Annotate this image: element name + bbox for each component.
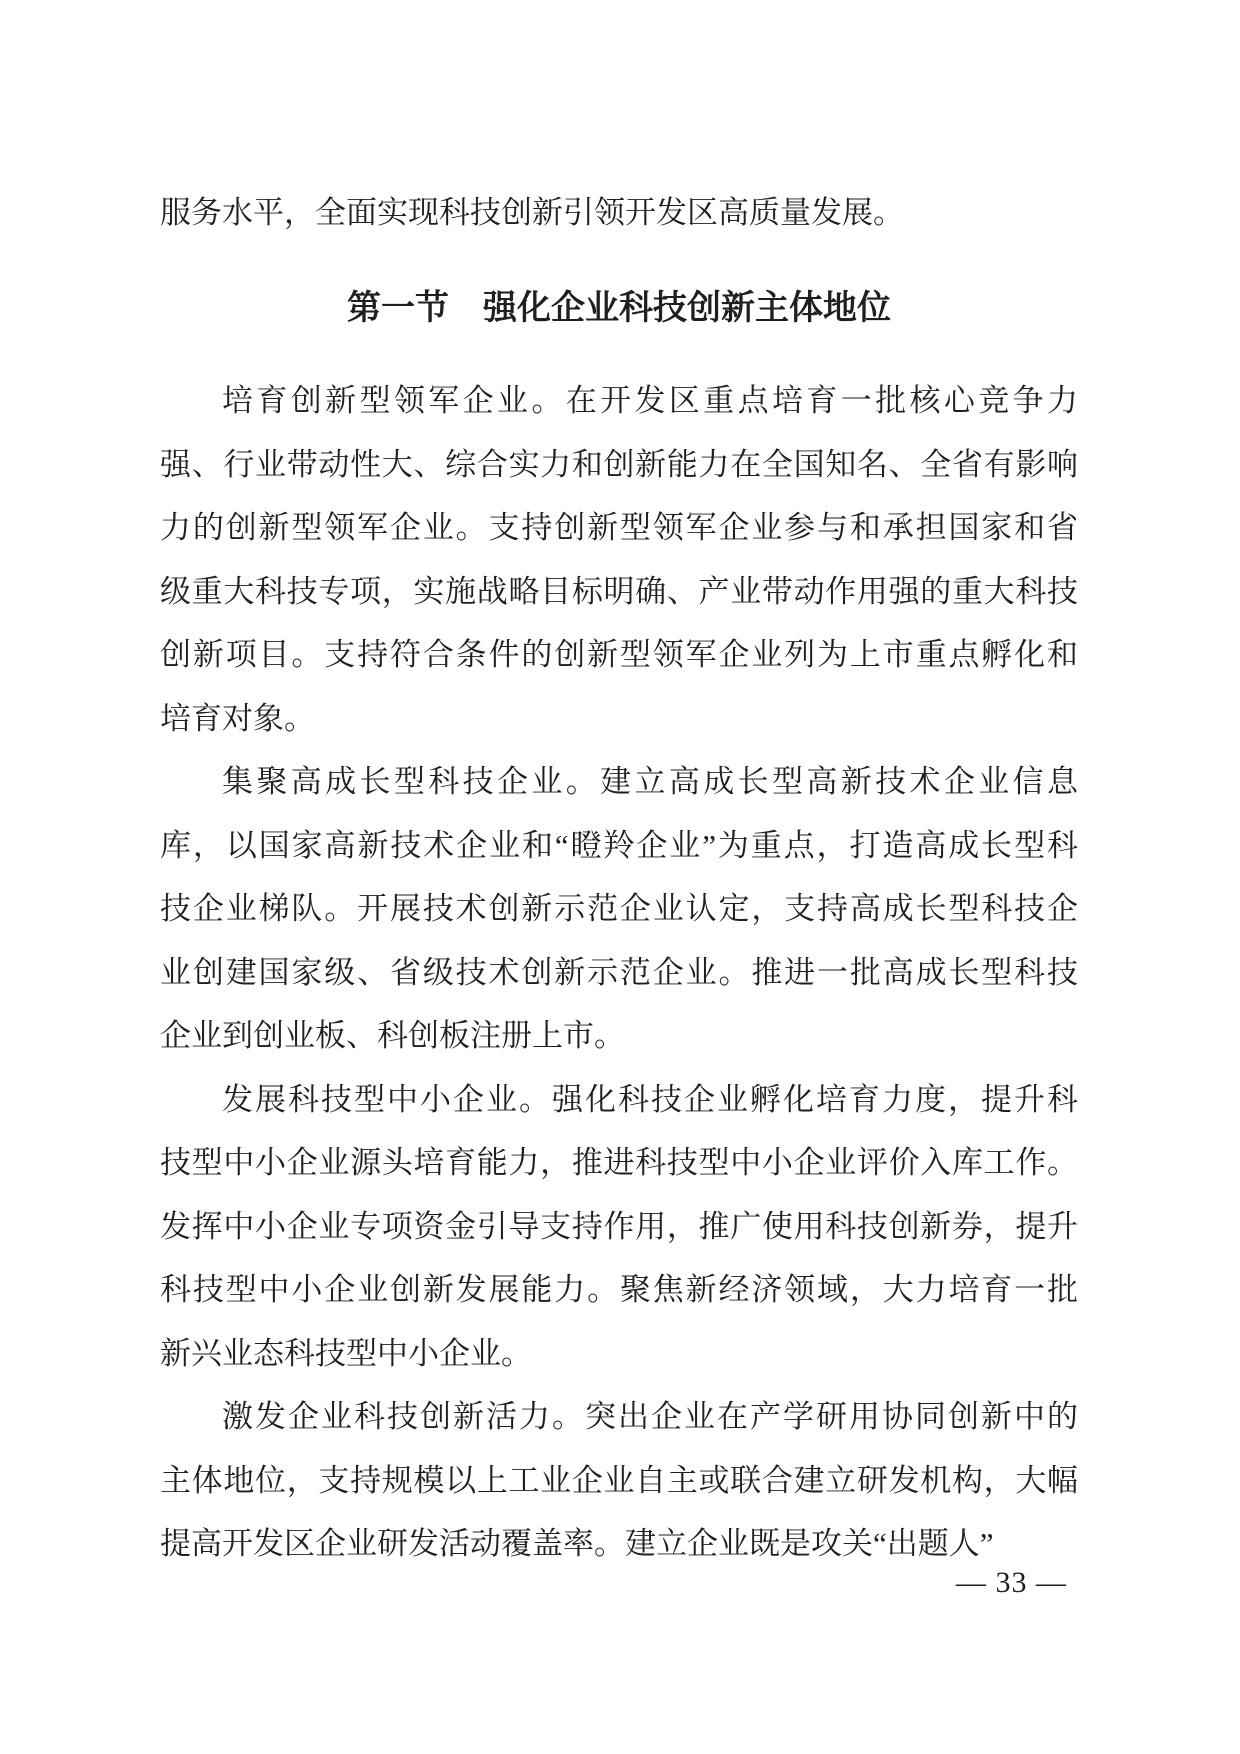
paragraph-4-line-1: 激发企业科技创新活力。突出企业在产学研用协同创新中的 <box>160 1385 1078 1449</box>
paragraph-3-line-4: 科技型中小企业创新发展能力。聚焦新经济领域，大力培育一批 <box>160 1258 1078 1322</box>
section-heading: 第一节强化企业科技创新主体地位 <box>160 283 1078 335</box>
paragraph-4-line-2: 主体地位，支持规模以上工业企业自主或联合建立研发机构，大幅 <box>160 1449 1078 1513</box>
paragraph-1-line-2: 强、行业带动性大、综合实力和创新能力在全国知名、全省有影响 <box>160 433 1078 497</box>
document-page: 服务水平，全面实现科技创新引领开发区高质量发展。 第一节强化企业科技创新主体地位… <box>0 0 1240 1754</box>
paragraph-3-line-1: 发展科技型中小企业。强化科技企业孵化培育力度，提升科 <box>160 1068 1078 1132</box>
paragraph-2-line-3: 技企业梯队。开展技术创新示范企业认定，支持高成长型科技企 <box>160 877 1078 941</box>
document-body: 服务水平，全面实现科技创新引领开发区高质量发展。 第一节强化企业科技创新主体地位… <box>160 181 1078 1576</box>
paragraph-1-line-1: 培育创新型领军企业。在开发区重点培育一批核心竞争力 <box>160 369 1078 433</box>
paragraph-2-line-2: 库，以国家高新技术企业和“瞪羚企业”为重点，打造高成长型科 <box>160 814 1078 878</box>
paragraph-1-line-6: 培育对象。 <box>160 687 1078 751</box>
paragraph-2-line-4: 业创建国家级、省级技术创新示范企业。推进一批高成长型科技 <box>160 941 1078 1005</box>
document-paragraphs: 培育创新型领军企业。在开发区重点培育一批核心竞争力强、行业带动性大、综合实力和创… <box>160 369 1078 1576</box>
paragraph-4-line-3: 提高开发区企业研发活动覆盖率。建立企业既是攻关“出题人” <box>160 1512 1078 1576</box>
paragraph-1-line-5: 创新项目。支持符合条件的创新型领军企业列为上市重点孵化和 <box>160 623 1078 687</box>
paragraph-2-line-1: 集聚高成长型科技企业。建立高成长型高新技术企业信息 <box>160 750 1078 814</box>
paragraph-1-line-4: 级重大科技专项，实施战略目标明确、产业带动作用强的重大科技 <box>160 560 1078 624</box>
section-title: 强化企业科技创新主体地位 <box>483 290 891 327</box>
page-number: — 33 — <box>956 1565 1067 1601</box>
section-number: 第一节 <box>347 290 449 327</box>
paragraph-3-line-5: 新兴业态科技型中小企业。 <box>160 1322 1078 1386</box>
paragraph-3-line-2: 技型中小企业源头培育能力，推进科技型中小企业评价入库工作。 <box>160 1131 1078 1195</box>
continuation-line: 服务水平，全面实现科技创新引领开发区高质量发展。 <box>160 181 1078 245</box>
paragraph-1-line-3: 力的创新型领军企业。支持创新型领军企业参与和承担国家和省 <box>160 496 1078 560</box>
paragraph-2-line-5: 企业到创业板、科创板注册上市。 <box>160 1004 1078 1068</box>
paragraph-3-line-3: 发挥中小企业专项资金引导支持作用，推广使用科技创新券，提升 <box>160 1195 1078 1259</box>
